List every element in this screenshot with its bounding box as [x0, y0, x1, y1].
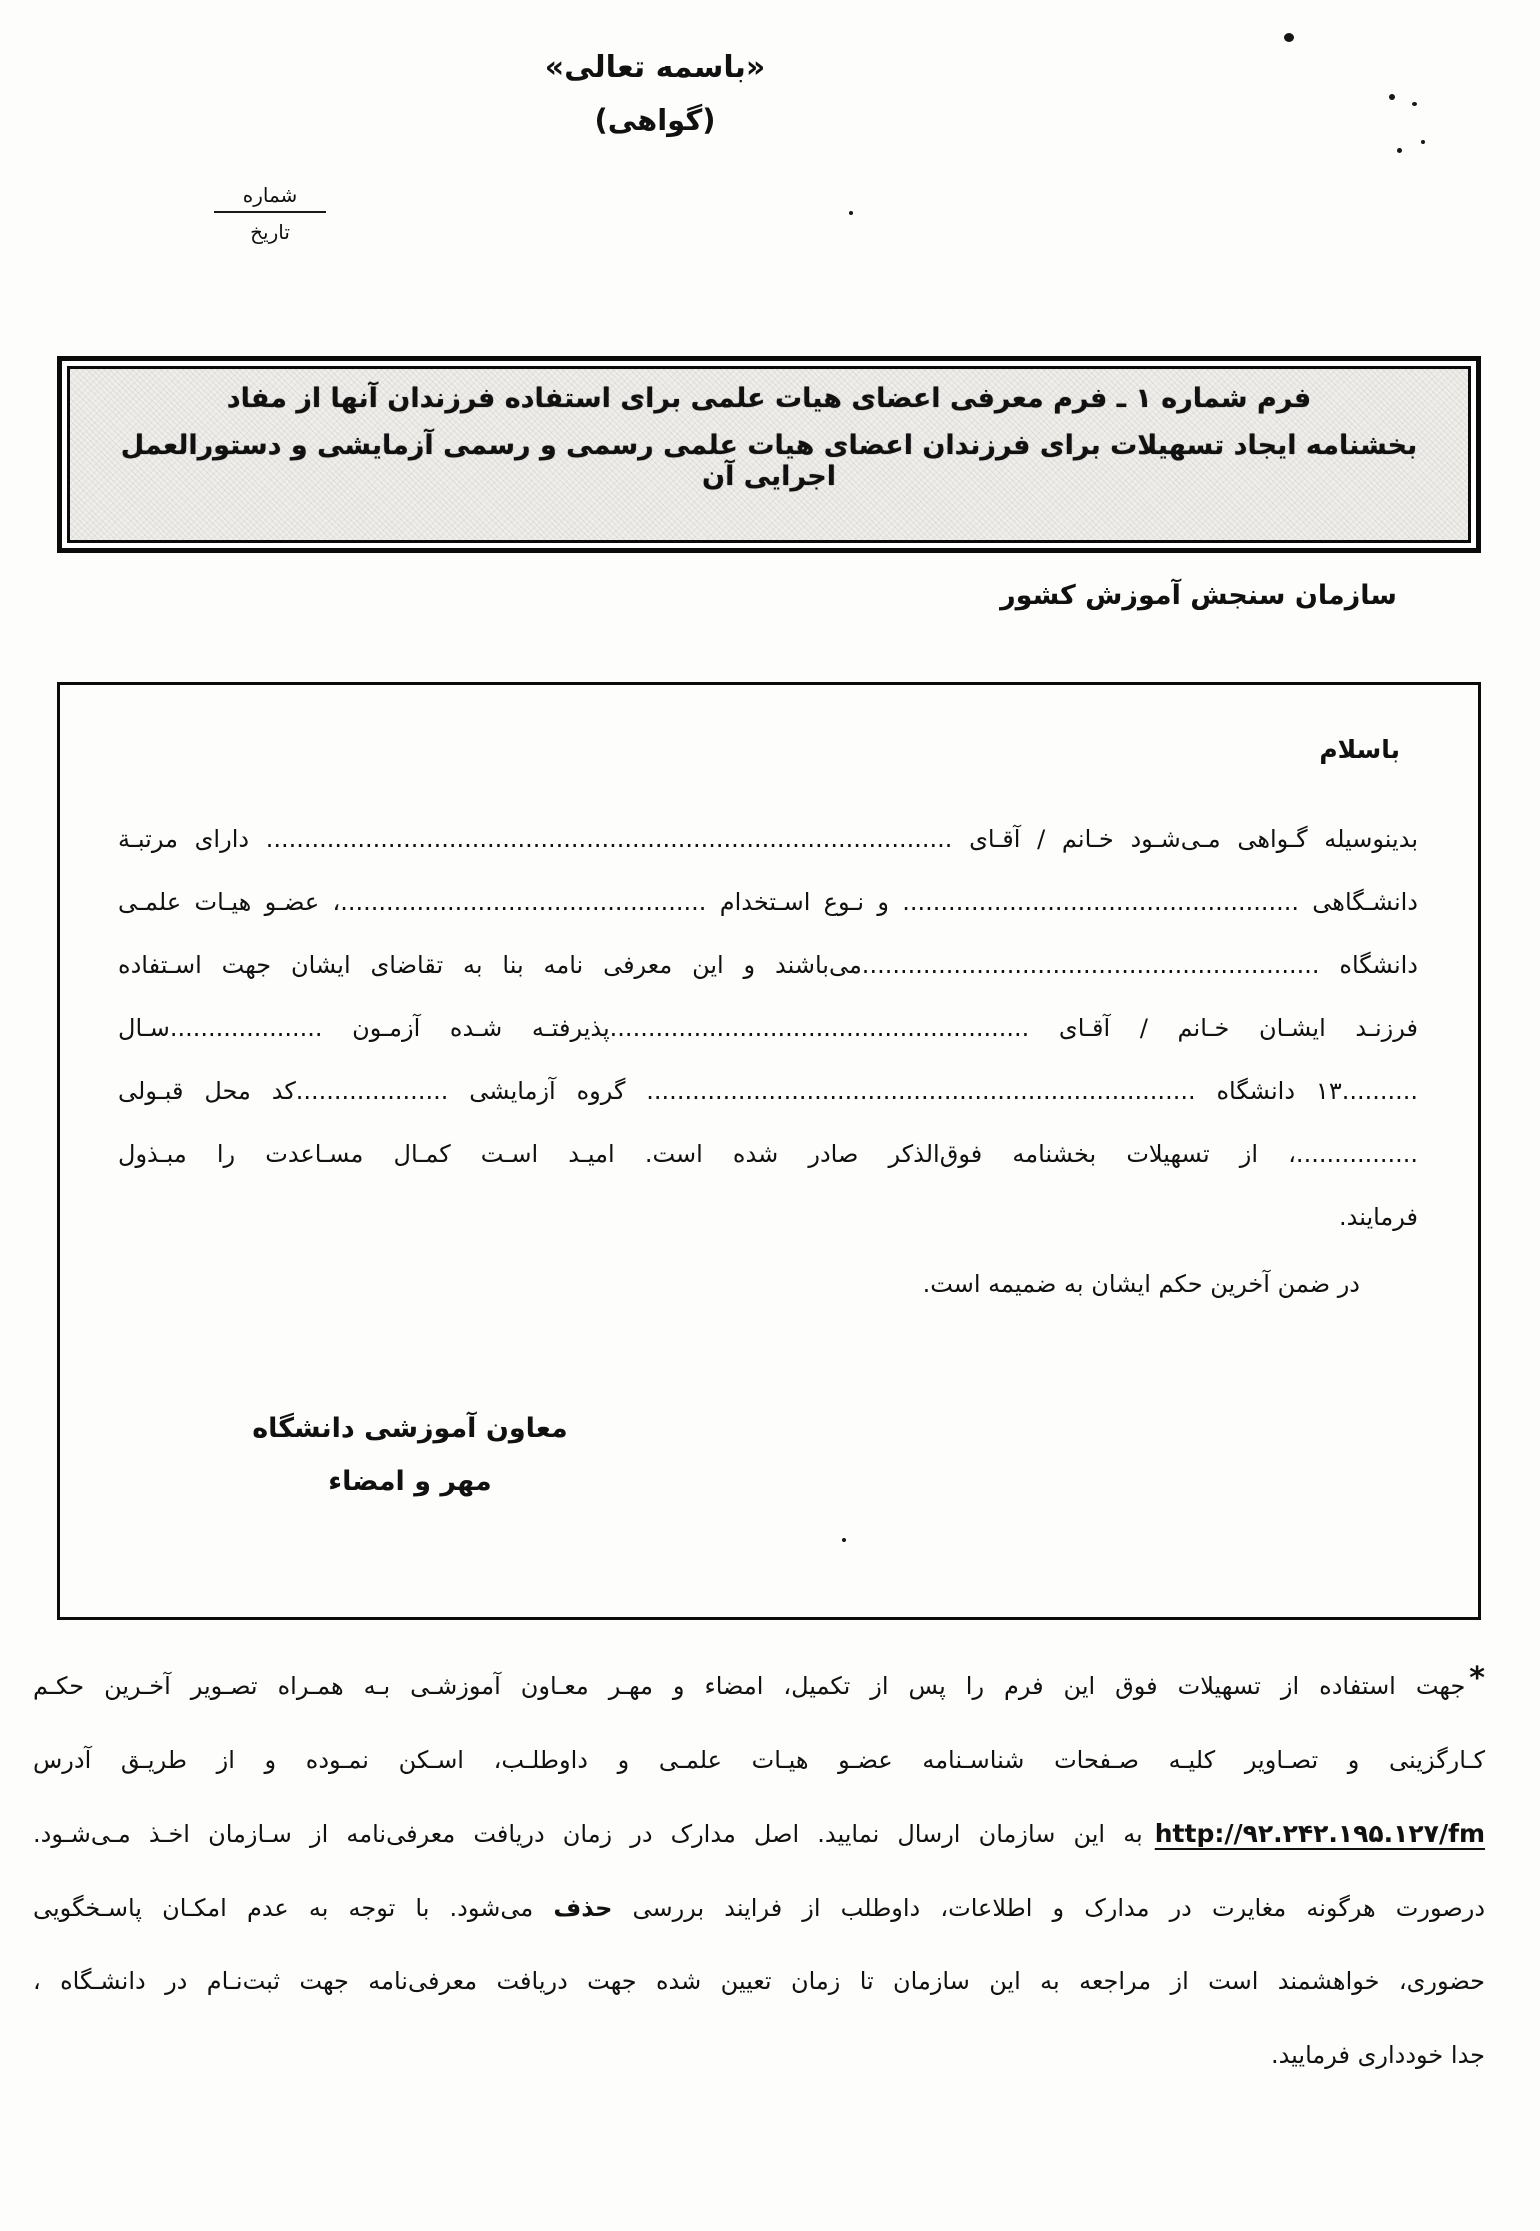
footer-note1-line1: *جهت استفاده از تسهیلات فوق این فرم را پ…: [33, 1642, 1485, 1724]
document-heading: «باسمه تعالی» (گواهی): [0, 50, 1310, 137]
footer-note1-line1-text: جهت استفاده از تسهیلات فوق این فرم را پس…: [33, 1672, 1465, 1700]
certificate-line: ................، از تسهیلات بخشنامه فوق…: [118, 1123, 1418, 1186]
certificate-line: ..........۱۳ دانشگاه ...................…: [118, 1060, 1418, 1123]
scan-artifact-dot: [849, 211, 853, 215]
scan-artifact-dot: [1397, 148, 1402, 153]
scan-artifact-dot: [1389, 94, 1395, 100]
form-title-line1: فرم شماره ۱ ـ فرم معرفی اعضای هیات علمی …: [70, 383, 1468, 414]
date-label: تاریخ: [210, 220, 330, 244]
submission-url: http://۹۲.۲۴۲.۱۹۵.۱۲۷/fm: [1155, 1819, 1485, 1848]
footer-note2-line1: درصورت هرگونه مغایرت در مدارک و اطلاعات،…: [33, 1872, 1485, 1946]
attachment-note: در ضمن آخرین حکم ایشان به ضمیمه است.: [60, 1253, 1478, 1316]
form-title-inner: فرم شماره ۱ ـ فرم معرفی اعضای هیات علمی …: [67, 366, 1471, 543]
footer-url-line: http://۹۲.۲۴۲.۱۹۵.۱۲۷/fmبه این سازمان ار…: [33, 1797, 1485, 1872]
scanned-document-page: { "colors": { "ink": "#111111", "paper":…: [0, 0, 1540, 2231]
certificate-box: باسلام بدینوسیله گـواهی مـی‌شـود خـانم /…: [57, 682, 1481, 1620]
number-date-block: شماره تاریخ: [210, 183, 330, 244]
footer-note2-after: می‌شود. با توجه به عدم امکـان پاسـخگویی: [33, 1894, 553, 1922]
certificate-line: بدینوسیله گـواهی مـی‌شـود خـانم / آقـای …: [118, 808, 1418, 871]
salutation-text: باسلام: [60, 735, 1478, 764]
number-underline: [214, 211, 326, 213]
footer-notes: *جهت استفاده از تسهیلات فوق این فرم را پ…: [33, 1642, 1485, 2092]
certificate-word: (گواهی): [0, 103, 1310, 137]
certificate-line: فرمایند.: [118, 1186, 1418, 1249]
asterisk-mark: *: [1469, 1661, 1485, 1696]
bismillah-text: «باسمه تعالی»: [0, 50, 1310, 85]
form-title-box: فرم شماره ۱ ـ فرم معرفی اعضای هیات علمی …: [57, 356, 1481, 553]
footer-note2-before: درصورت هرگونه مغایرت در مدارک و اطلاعات،…: [612, 1894, 1485, 1922]
scan-artifact-dot: [1284, 33, 1294, 42]
number-label: شماره: [210, 183, 330, 207]
certificate-line: دانشـگاهی ..............................…: [118, 871, 1418, 934]
signature-title: معاون آموزشی دانشگاه: [245, 1413, 575, 1444]
stamp-and-signature-label: مهر و امضاء: [245, 1466, 575, 1497]
organization-name: سازمان سنجش آموزش کشور: [1000, 580, 1397, 611]
certificate-line: فرزنـد ایشـان خـانم / آقـای ............…: [118, 997, 1418, 1060]
footer-note2-line2: حضوری، خواهشمند است از مراجعه به این ساز…: [33, 1945, 1485, 2019]
certificate-body: بدینوسیله گـواهی مـی‌شـود خـانم / آقـای …: [60, 808, 1478, 1249]
deleted-word-emphasis: حذف: [553, 1894, 612, 1922]
scan-artifact-dot: [1412, 102, 1417, 106]
footer-note2-line3: جدا خودداری فرمایید.: [33, 2019, 1485, 2093]
certificate-line: دانشگاه ................................…: [118, 934, 1418, 997]
scan-artifact-dot: [1421, 140, 1425, 144]
footer-note1-line3-text: به این سازمان ارسال نمایید. اصل مدارک در…: [33, 1820, 1143, 1848]
form-title-line2: بخشنامه ایجاد تسهیلات برای فرزندان اعضای…: [70, 430, 1468, 492]
footer-note1-line2: کـارگزینی و تصـاویر کلیـه صـفحات شناسـنا…: [33, 1724, 1485, 1798]
signature-block: معاون آموزشی دانشگاه مهر و امضاء: [245, 1413, 575, 1497]
